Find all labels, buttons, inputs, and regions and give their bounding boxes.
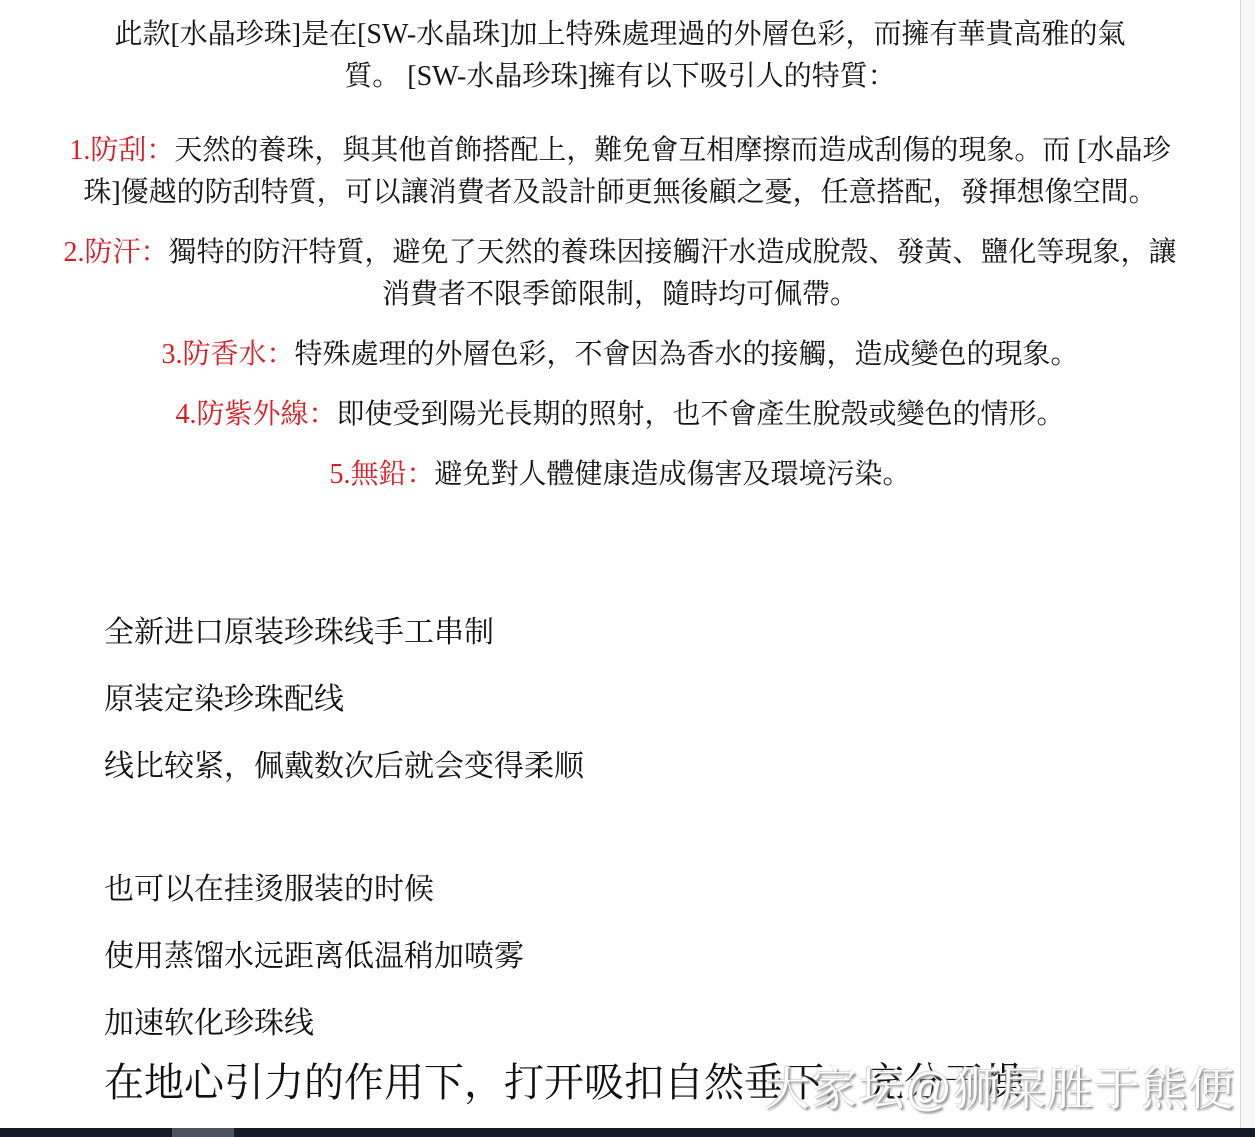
feature-item: 1.防刮：天然的養珠，與其他首飾搭配上，難免會互相摩擦而造成刮傷的現象。而 [水… (56, 130, 1184, 214)
note-line: 也可以在挂烫服装的时候 (104, 871, 1240, 909)
vertical-scrollbar-track[interactable] (1240, 0, 1255, 1137)
product-description: 此款[水晶珍珠]是在[SW-水晶珠]加上特殊處理過的外層色彩，而擁有華貴高雅的氣… (0, 0, 1240, 1107)
horizontal-scrollbar-thumb[interactable] (172, 1128, 234, 1137)
feature-label: 2.防汗： (63, 237, 168, 268)
note-line: 使用蒸馏水远距离低温稍加喷雾 (104, 938, 1240, 976)
feature-label: 5.無鉛： (329, 459, 434, 490)
feature-item: 3.防香水：特殊處理的外層色彩，不會因為香水的接觸，造成變色的現象。 (56, 334, 1184, 376)
feature-label: 4.防紫外線： (175, 399, 336, 430)
note-line: 原装定染珍珠配线 (104, 681, 1240, 719)
feature-item: 4.防紫外線：即使受到陽光長期的照射，也不會產生脫殼或變色的情形。 (56, 394, 1184, 436)
feature-text: 獨特的防汗特質，避免了天然的養珠因接觸汗水造成脫殼、發黃、鹽化等現象，讓消費者不… (169, 237, 1177, 310)
horizontal-scrollbar-track[interactable] (0, 1128, 1255, 1137)
feature-text: 即使受到陽光長期的照射，也不會產生脫殼或變色的情形。 (337, 399, 1065, 430)
note-line: 全新进口原装珍珠线手工串制 (104, 614, 1240, 652)
feature-item: 2.防汗：獨特的防汗特質，避免了天然的養珠因接觸汗水造成脫殼、發黃、鹽化等現象，… (56, 232, 1184, 316)
feature-section: 此款[水晶珍珠]是在[SW-水晶珠]加上特殊處理過的外層色彩，而擁有華貴高雅的氣… (0, 14, 1240, 496)
feature-label: 3.防香水： (161, 339, 294, 370)
note-line: 加速软化珍珠线 (104, 1005, 1240, 1043)
note-section: 全新进口原装珍珠线手工串制 原装定染珍珠配线 线比较紧，佩戴数次后就会变得柔顺 … (0, 614, 1240, 1107)
intro-paragraph: 此款[水晶珍珠]是在[SW-水晶珠]加上特殊處理過的外層色彩，而擁有華貴高雅的氣… (98, 14, 1143, 98)
feature-text: 特殊處理的外層色彩，不會因為香水的接觸，造成變色的現象。 (295, 339, 1079, 370)
watermark: 大家坛@狮屎胜于熊便 (764, 1053, 1235, 1119)
feature-text: 避免對人體健康造成傷害及環境污染。 (435, 459, 911, 490)
note-line: 线比较紧，佩戴数次后就会变得柔顺 (104, 748, 1240, 786)
feature-label: 1.防刮： (69, 135, 174, 166)
feature-text: 天然的養珠，與其他首飾搭配上，難免會互相摩擦而造成刮傷的現象。而 [水晶珍珠]優… (83, 135, 1170, 208)
feature-item: 5.無鉛：避免對人體健康造成傷害及環境污染。 (56, 454, 1184, 496)
